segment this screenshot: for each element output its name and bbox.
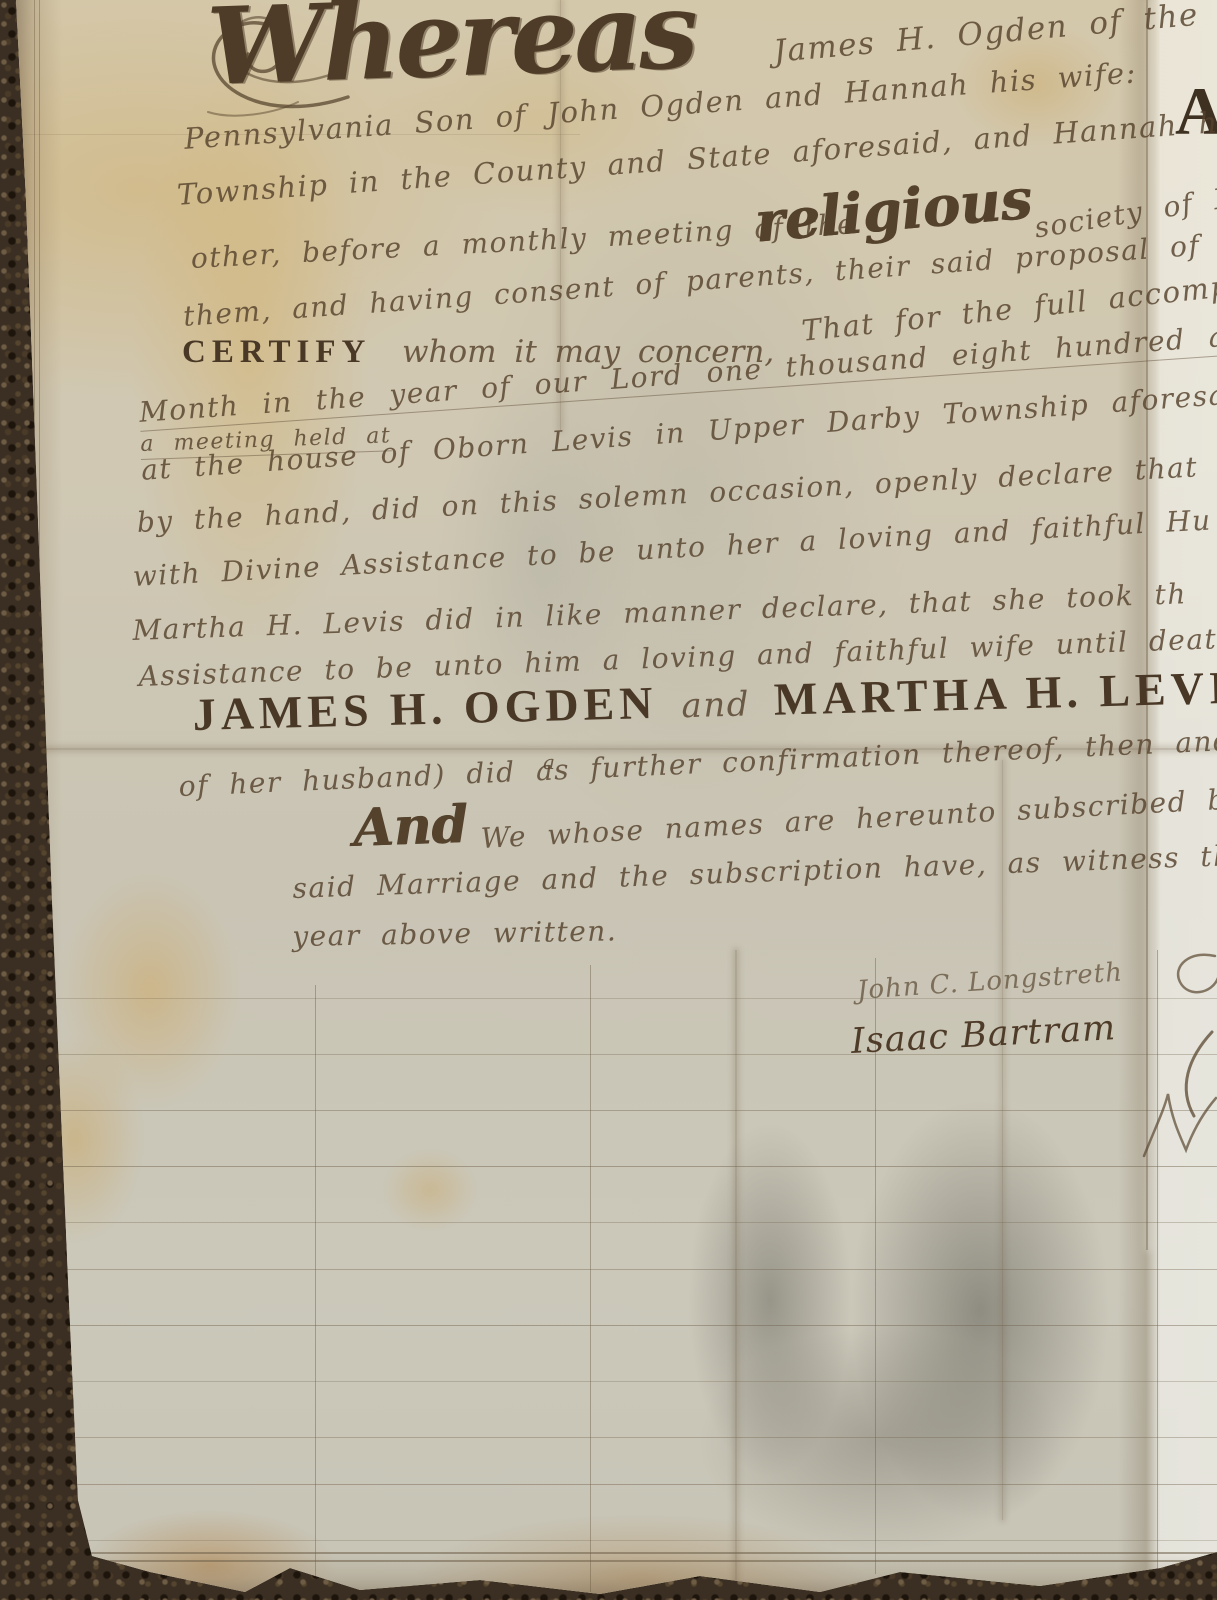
parchment-bottom-edge-shading xyxy=(0,0,1217,1600)
parchment-sheet: Whereas James H. Ogden of the Tow A Penn… xyxy=(0,0,1217,1600)
photograph-of-document: Whereas James H. Ogden of the Tow A Penn… xyxy=(0,0,1217,1600)
